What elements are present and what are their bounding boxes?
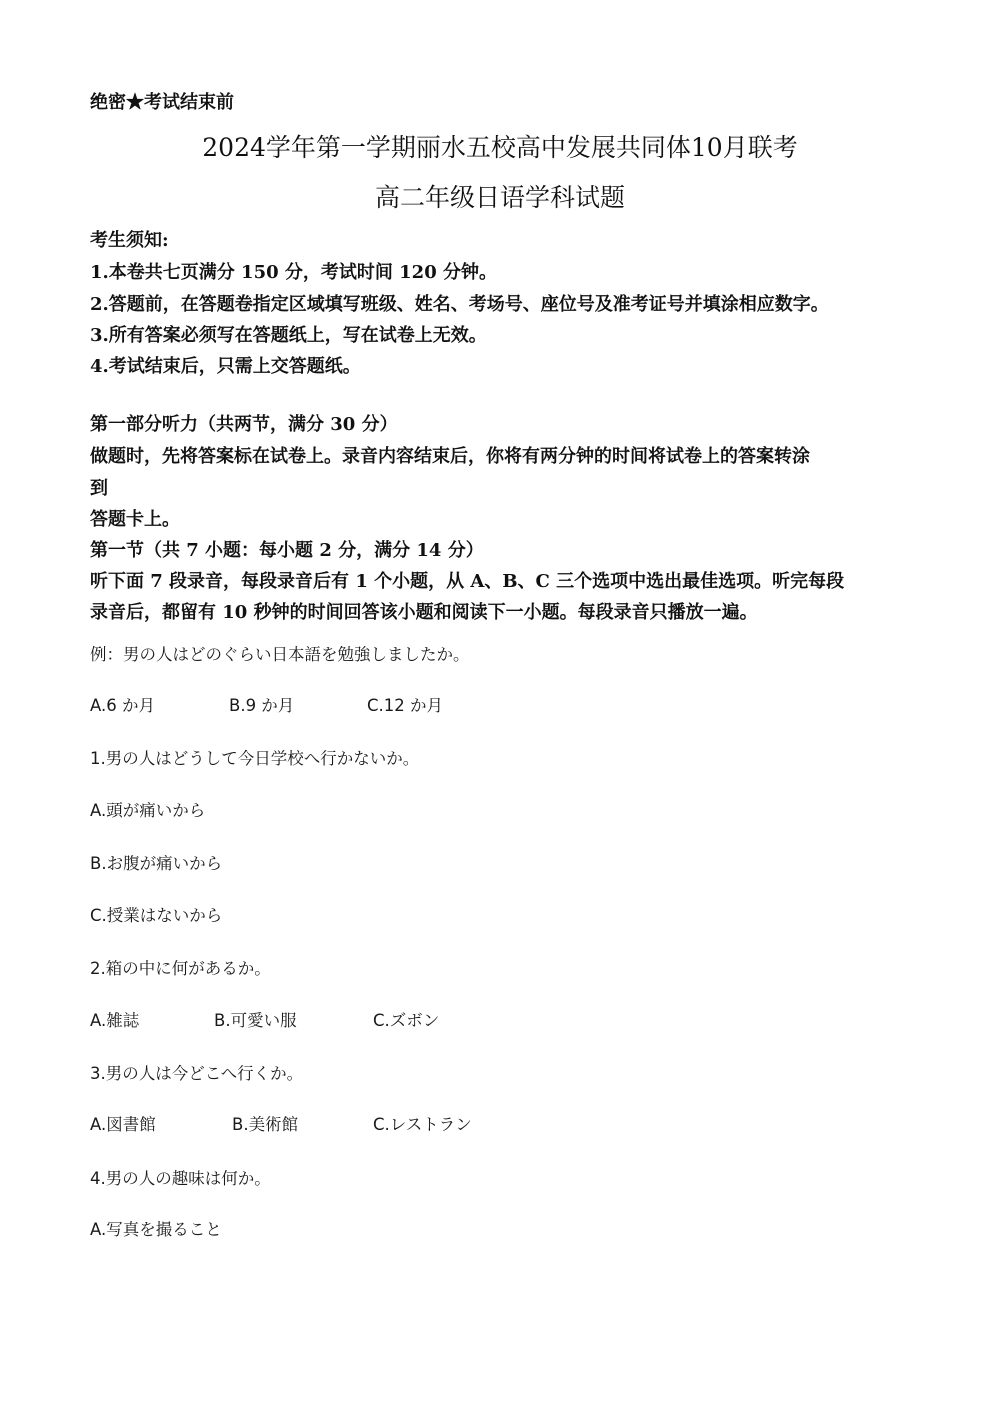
question-1-option-c: C.授業はないから [90, 902, 222, 926]
question-2-option-b: B.可愛い服 [214, 1007, 297, 1031]
section1-instruction: 录音后，都留有 10 秒钟的时间回答该小题和阅读下一小题。每段录音只播放一遍。 [90, 598, 758, 624]
section1-instruction: 听下面 7 段录音，每段录音后有 1 个小题，从 A、B、C 三个选项中选出最佳… [90, 567, 844, 593]
example-option-c: C.12 か月 [367, 692, 443, 716]
question-3: 3.男の人は今どこへ行くか。 [90, 1060, 303, 1084]
question-3-option-b: B.美術館 [232, 1111, 298, 1135]
example-option-a: A.6 か月 [90, 692, 155, 716]
question-1-option-a: A.頭が痛いから [90, 797, 205, 821]
question-3-option-c: C.レストラン [373, 1111, 472, 1135]
notice-item: 3.所有答案必须写在答题纸上，写在试卷上无效。 [90, 321, 487, 347]
notice-item: 4.考试结束后，只需上交答题纸。 [90, 352, 361, 378]
question-3-option-a: A.図書館 [90, 1111, 156, 1135]
question-2-option-c: C.ズボン [373, 1007, 439, 1031]
exam-subtitle: 高二年级日语学科试题 [0, 178, 1000, 214]
example-option-b: B.9 か月 [229, 692, 294, 716]
example-question: 例：男の人はどのぐらい日本語を勉強しましたか。 [90, 641, 470, 665]
question-4-option-a: A.写真を撮ること [90, 1216, 222, 1240]
notice-heading: 考生须知: [90, 226, 169, 252]
part1-instruction: 做题时，先将答案标在试卷上。录音内容结束后，你将有两分钟的时间将试卷上的答案转涂 [90, 442, 810, 468]
question-2: 2.箱の中に何があるか。 [90, 955, 271, 979]
exam-title: 2024学年第一学期丽水五校高中发展共同体10月联考 [0, 128, 1000, 164]
section1-heading: 第一节（共 7 小题：每小题 2 分，满分 14 分） [90, 536, 484, 562]
question-1-option-b: B.お腹が痛いから [90, 850, 222, 874]
notice-item: 1.本卷共七页满分 150 分，考试时间 120 分钟。 [90, 258, 497, 284]
part1-instruction: 答题卡上。 [90, 505, 180, 531]
question-4: 4.男の人の趣味は何か。 [90, 1165, 271, 1189]
question-1: 1.男の人はどうして今日学校へ行かないか。 [90, 745, 419, 769]
question-2-option-a: A.雑誌 [90, 1007, 139, 1031]
confidential-label: 绝密★考试结束前 [90, 88, 234, 114]
part1-instruction: 到 [90, 474, 108, 500]
part1-heading: 第一部分听力（共两节，满分 30 分） [90, 410, 398, 436]
notice-item: 2.答题前，在答题卷指定区域填写班级、姓名、考场号、座位号及准考证号并填涂相应数… [90, 290, 829, 316]
